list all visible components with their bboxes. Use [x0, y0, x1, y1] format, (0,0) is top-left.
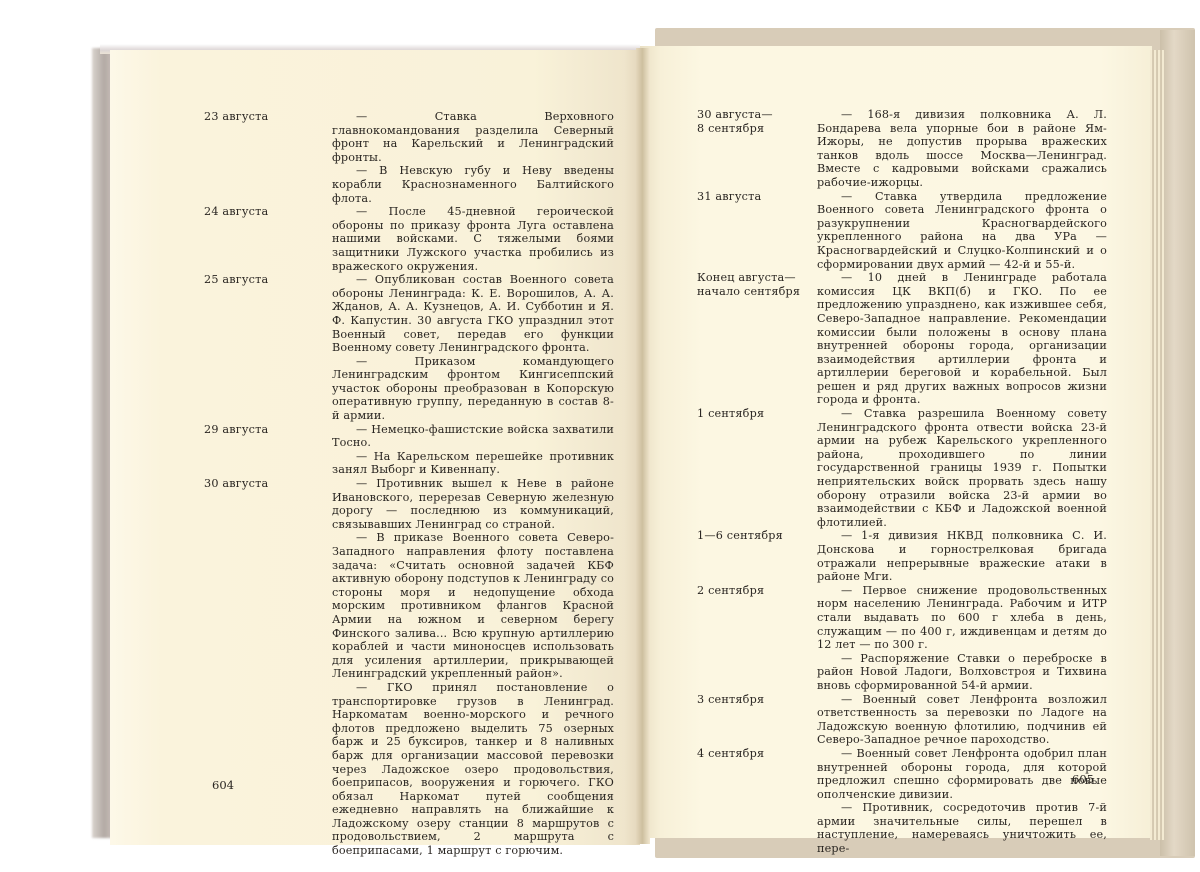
left-page-chronology: 23 августа— Ставка Верховного главнокома…: [204, 110, 614, 858]
entry-paragraph: — В Невскую губу и Неву введены корабли …: [332, 164, 614, 205]
entry-text: — Противник вышел к Неве в районе Иванов…: [332, 477, 614, 858]
entry-paragraph: — Военный совет Ленфронта возложил ответ…: [817, 693, 1107, 747]
entry-text: — 168-я дивизия полковника А. Л. Бондаре…: [817, 108, 1107, 190]
entry-paragraph: — Военный совет Ленфронта одобрил план в…: [817, 747, 1107, 801]
entry-date: 24 августа: [204, 205, 332, 273]
page-number-left: 604: [212, 778, 234, 792]
entry-date: 31 августа: [697, 190, 817, 272]
entry-paragraph: — Приказом командующего Ленинградским фр…: [332, 355, 614, 423]
entry-paragraph: — Противник, сосредоточив против 7-й арм…: [817, 801, 1107, 855]
entry-text: — После 45-дневной героической обороны п…: [332, 205, 614, 273]
chronology-entry: 30 августа— Противник вышел к Неве в рай…: [204, 477, 614, 858]
chronology-entry: 3 сентября— Военный совет Ленфронта возл…: [697, 693, 1107, 747]
entry-paragraph: — После 45-дневной героической обороны п…: [332, 205, 614, 273]
entry-text: — 1-я дивизия НКВД полковника С. И. Донс…: [817, 529, 1107, 583]
chronology-entry: 31 августа— Ставка утвердила предложение…: [697, 190, 1107, 272]
chronology-entry: 1—6 сентября— 1-я дивизия НКВД полковник…: [697, 529, 1107, 583]
entry-paragraph: — Опубликован состав Военного совета обо…: [332, 273, 614, 355]
entry-date: 2 сентября: [697, 584, 817, 693]
right-page-chronology: 30 августа— 8 сентября— 168-я дивизия по…: [697, 108, 1107, 856]
book-cover-edge: [1160, 30, 1195, 856]
chronology-entry: 24 августа— После 45-дневной героической…: [204, 205, 614, 273]
entry-paragraph: — Первое снижение продовольственных норм…: [817, 584, 1107, 652]
entry-date: 25 августа: [204, 273, 332, 423]
entry-paragraph: — 10 дней в Ленинграде работала комиссия…: [817, 271, 1107, 407]
entry-paragraph: — Ставка Верховного главнокомандования р…: [332, 110, 614, 164]
entry-paragraph: — ГКО принял постановление о транспортир…: [332, 681, 614, 858]
entry-paragraph: — 168-я дивизия полковника А. Л. Бондаре…: [817, 108, 1107, 190]
chronology-entry: 4 сентября— Военный совет Ленфронта одоб…: [697, 747, 1107, 856]
book-gutter: [636, 48, 650, 844]
entry-paragraph: — Немецко-фашистские войска захватили То…: [332, 423, 614, 450]
entry-date: 23 августа: [204, 110, 332, 205]
entry-paragraph: — В приказе Военного совета Северо-Запад…: [332, 531, 614, 681]
page-number-right: 605: [1072, 772, 1094, 786]
entry-text: — Первое снижение продовольственных норм…: [817, 584, 1107, 693]
entry-date: 30 августа— 8 сентября: [697, 108, 817, 190]
entry-date: 1—6 сентября: [697, 529, 817, 583]
entry-date: 4 сентября: [697, 747, 817, 856]
entry-text: — Ставка Верховного главнокомандования р…: [332, 110, 614, 205]
entry-text: — Военный совет Ленфронта одобрил план в…: [817, 747, 1107, 856]
entry-paragraph: — 1-я дивизия НКВД полковника С. И. Донс…: [817, 529, 1107, 583]
entry-paragraph: — Противник вышел к Неве в районе Иванов…: [332, 477, 614, 531]
entry-date: 1 сентября: [697, 407, 817, 529]
chronology-entry: 2 сентября— Первое снижение продовольств…: [697, 584, 1107, 693]
entry-paragraph: — Распоряжение Ставки о переброске в рай…: [817, 652, 1107, 693]
entry-paragraph: — Ставка утвердила предложение Военного …: [817, 190, 1107, 272]
entry-paragraph: — Ставка разрешила Военному совету Ленин…: [817, 407, 1107, 529]
entry-date: Конец августа— начало сентября: [697, 271, 817, 407]
entry-text: — Ставка разрешила Военному совету Ленин…: [817, 407, 1107, 529]
page-edges: [1150, 50, 1164, 840]
chronology-entry: 30 августа— 8 сентября— 168-я дивизия по…: [697, 108, 1107, 190]
chronology-entry: 29 августа— Немецко-фашистские войска за…: [204, 423, 614, 477]
entry-text: — Немецко-фашистские войска захватили То…: [332, 423, 614, 477]
entry-text: — 10 дней в Ленинграде работала комиссия…: [817, 271, 1107, 407]
entry-date: 30 августа: [204, 477, 332, 858]
chronology-entry: Конец августа— начало сентября— 10 дней …: [697, 271, 1107, 407]
entry-date: 29 августа: [204, 423, 332, 477]
chronology-entry: 25 августа— Опубликован состав Военного …: [204, 273, 614, 423]
entry-text: — Военный совет Ленфронта возложил ответ…: [817, 693, 1107, 747]
entry-paragraph: — На Карельском перешейке противник заня…: [332, 450, 614, 477]
entry-text: — Опубликован состав Военного совета обо…: [332, 273, 614, 423]
entry-text: — Ставка утвердила предложение Военного …: [817, 190, 1107, 272]
entry-date: 3 сентября: [697, 693, 817, 747]
chronology-entry: 1 сентября— Ставка разрешила Военному со…: [697, 407, 1107, 529]
chronology-entry: 23 августа— Ставка Верховного главнокома…: [204, 110, 614, 205]
